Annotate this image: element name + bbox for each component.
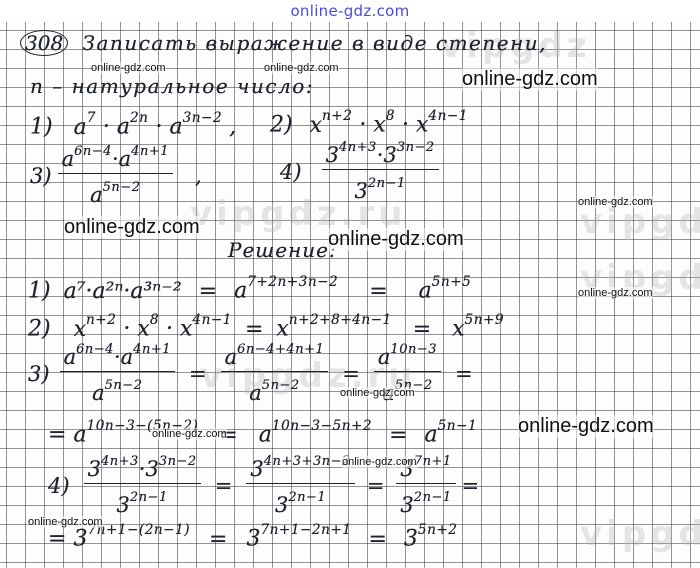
watermark-large: online-gdz.com — [64, 216, 200, 239]
dot: · — [103, 115, 110, 140]
task-line-2: n – натуральное число: — [30, 74, 314, 98]
task-heading: 308 Записать выражение в виде степени, — [20, 30, 547, 56]
equals: = — [367, 474, 385, 498]
base: 3 — [246, 527, 260, 552]
base: x — [74, 317, 86, 342]
exponent: 7n+1−(2n−1) — [87, 522, 190, 538]
base: 3 — [355, 179, 368, 203]
solution-heading: Решение: — [228, 238, 337, 262]
result-exponent: 5n+9 — [465, 312, 505, 328]
base: 3 — [88, 457, 101, 481]
base: a — [378, 345, 391, 369]
base: a — [234, 279, 247, 304]
base: 3 — [275, 493, 288, 517]
base: 3 — [404, 527, 418, 552]
solution-4-continued: = 37n+1−(2n−1) = 37n+1−2n+1 = 35n+2 — [48, 522, 457, 552]
dot: · — [359, 113, 366, 138]
base: 3 — [73, 527, 87, 552]
base: a — [225, 345, 238, 369]
base: a — [92, 381, 105, 405]
base: x — [276, 317, 288, 342]
exponent: 4n+3+3n−2 — [264, 454, 351, 469]
base: x — [137, 317, 149, 342]
base: a — [73, 423, 86, 448]
base: a — [90, 183, 103, 207]
watermark-large: online-gdz.com — [518, 415, 654, 438]
base: a — [169, 115, 182, 140]
problem-1: 1) a7 · a2n · a3n−2 , — [30, 110, 236, 140]
exponent: 10n−3 — [390, 342, 437, 357]
solution-3-continued: = a10n−3−(5n−2) = a10n−3−5n+2 = a5n−1 — [48, 418, 477, 448]
problem-label: 4) — [280, 160, 302, 184]
watermark-small: online-gdz.com — [342, 456, 417, 468]
solution-1: 1) a⁷·a²ⁿ·a³ⁿ⁻² = a7+2n+3n−2 = a5n+5 — [28, 274, 471, 304]
base: 3 — [145, 457, 158, 481]
exponent: 5n−2 — [105, 378, 143, 393]
dot: · — [114, 345, 121, 369]
watermark-small: online-gdz.com — [264, 62, 339, 74]
exponent: n+2 — [86, 312, 116, 328]
exponent: 5n−2 — [103, 180, 141, 195]
solution-label: 2) — [28, 317, 51, 342]
exponent: 2n−1 — [368, 176, 406, 191]
equals: = — [199, 279, 217, 304]
solution-label: 3) — [28, 362, 50, 386]
watermark-small: online-gdz.com — [578, 287, 653, 299]
exponent: 6n−4+4n+1 — [237, 342, 324, 357]
header-watermark: online-gdz.com — [0, 0, 700, 22]
watermark-small: online-gdz.com — [28, 516, 103, 528]
exponent: 8 — [150, 312, 159, 328]
exponent: 2n−1 — [288, 490, 326, 505]
base: 3 — [326, 143, 339, 167]
exponent: n+2 — [322, 108, 352, 124]
equals: = — [245, 317, 263, 342]
base: a — [419, 279, 432, 304]
equals: = — [48, 423, 66, 448]
equals: = — [413, 317, 431, 342]
exponent: 4n+3 — [339, 140, 377, 155]
exponent: n+2+8+4n−1 — [289, 312, 392, 328]
equals: = — [342, 362, 360, 386]
base: a — [249, 381, 262, 405]
problem-4: 4) 34n+3·33n−2 32n−1 — [280, 140, 439, 203]
exponent: 7n+1−2n+1 — [260, 522, 351, 538]
exponent: 4n+3 — [101, 454, 139, 469]
exponent: 4n+1 — [131, 144, 169, 159]
equals: = — [189, 362, 207, 386]
problem-label: 1) — [30, 115, 53, 140]
exponent: 2n−1 — [130, 490, 168, 505]
watermark-small: online-gdz.com — [340, 387, 415, 399]
base: 3 — [117, 493, 130, 517]
result-exponent: 5n−1 — [438, 418, 478, 434]
equals: = — [48, 527, 66, 552]
dot: · — [112, 147, 119, 171]
base: x — [416, 113, 428, 138]
exponent: 4n−1 — [428, 108, 468, 124]
equals: = — [389, 423, 407, 448]
exponent: 7n+1 — [414, 454, 452, 469]
base: a — [62, 147, 75, 171]
base: a — [259, 423, 272, 448]
problem-2: 2) xn+2 · x8 · x4n−1 — [270, 108, 468, 138]
solution-label: 4) — [48, 474, 70, 498]
exponent: 6n−4 — [76, 342, 114, 357]
equals: = — [455, 362, 473, 386]
exponent: 10n−3−5n+2 — [272, 418, 372, 434]
fraction: a6n−4·a4n+1 a5n−2 — [60, 342, 175, 405]
exponent: 5n−2 — [262, 378, 300, 393]
base: a — [64, 345, 77, 369]
base: 3 — [250, 457, 263, 481]
task-number: 308 — [20, 30, 68, 56]
comma: , — [195, 164, 202, 188]
exponent: 3n−2 — [183, 110, 223, 126]
equals: = — [215, 474, 233, 498]
base: x — [310, 113, 322, 138]
base: a — [425, 423, 438, 448]
fraction: a6n−4·a4n+1 a5n−2 — [58, 144, 173, 207]
equals: = — [368, 527, 386, 552]
base: 3 — [383, 143, 396, 167]
exponent: 2n — [130, 110, 148, 126]
dot: · — [123, 317, 130, 342]
exponent: 3n−2 — [159, 454, 197, 469]
base: x — [452, 317, 464, 342]
base: a — [74, 115, 87, 140]
dot: · — [155, 115, 162, 140]
exponent: 4n+1 — [133, 342, 171, 357]
problem-label: 2) — [270, 113, 293, 138]
watermark-small: online-gdz.com — [91, 62, 166, 74]
base: x — [180, 317, 192, 342]
fraction: 34n+3·33n−2 32n−1 — [322, 140, 439, 203]
base: a — [121, 345, 134, 369]
exponent: 3n−2 — [397, 140, 435, 155]
fraction: 34n+3+3n−2 32n−1 — [246, 454, 354, 517]
solution-label: 1) — [28, 279, 51, 304]
ghost-watermark: vipgdz — [580, 202, 700, 242]
watermark-small: online-gdz.com — [578, 196, 653, 208]
watermark-small: online-gdz.com — [152, 428, 227, 440]
solution-2: 2) xn+2 · x8 · x4n−1 = xn+2+8+4n−1 = x5n… — [28, 312, 504, 342]
result-exponent: 5n+5 — [432, 274, 472, 290]
problem-label: 3) — [30, 164, 52, 188]
result-exponent: 5n+2 — [418, 522, 458, 538]
lhs-expression: a⁷·a²ⁿ·a³ⁿ⁻² — [64, 279, 182, 304]
watermark-large: online-gdz.com — [462, 68, 598, 91]
problem-3: 3) a6n−4·a4n+1 a5n−2 , — [30, 144, 202, 207]
equals: = — [209, 527, 227, 552]
dot: · — [166, 317, 173, 342]
exponent: 7 — [87, 110, 96, 126]
ghost-watermark: vipgdz — [580, 514, 700, 554]
exponent: 6n−4 — [74, 144, 112, 159]
exponent: 2n−1 — [414, 490, 452, 505]
base: x — [373, 113, 385, 138]
exponent: 4n−1 — [192, 312, 232, 328]
task-line-1: Записать выражение в виде степени, — [83, 31, 547, 55]
equals: = — [462, 474, 480, 498]
fraction: 34n+3·33n−2 32n−1 — [84, 454, 201, 517]
dot: · — [402, 113, 409, 138]
exponent: 8 — [386, 108, 395, 124]
comma: , — [229, 115, 236, 140]
equals: = — [369, 279, 387, 304]
fraction: a6n−4+4n+1 a5n−2 — [221, 342, 329, 405]
base: 3 — [400, 493, 413, 517]
graph-paper-sheet: vipgdz vipgdz.ru vipgdz vipgdz vipgdz.ru… — [0, 22, 700, 568]
exponent: 7+2n+3n−2 — [247, 274, 338, 290]
base: a — [117, 115, 130, 140]
base: a — [119, 147, 132, 171]
watermark-large: online-gdz.com — [328, 228, 464, 251]
